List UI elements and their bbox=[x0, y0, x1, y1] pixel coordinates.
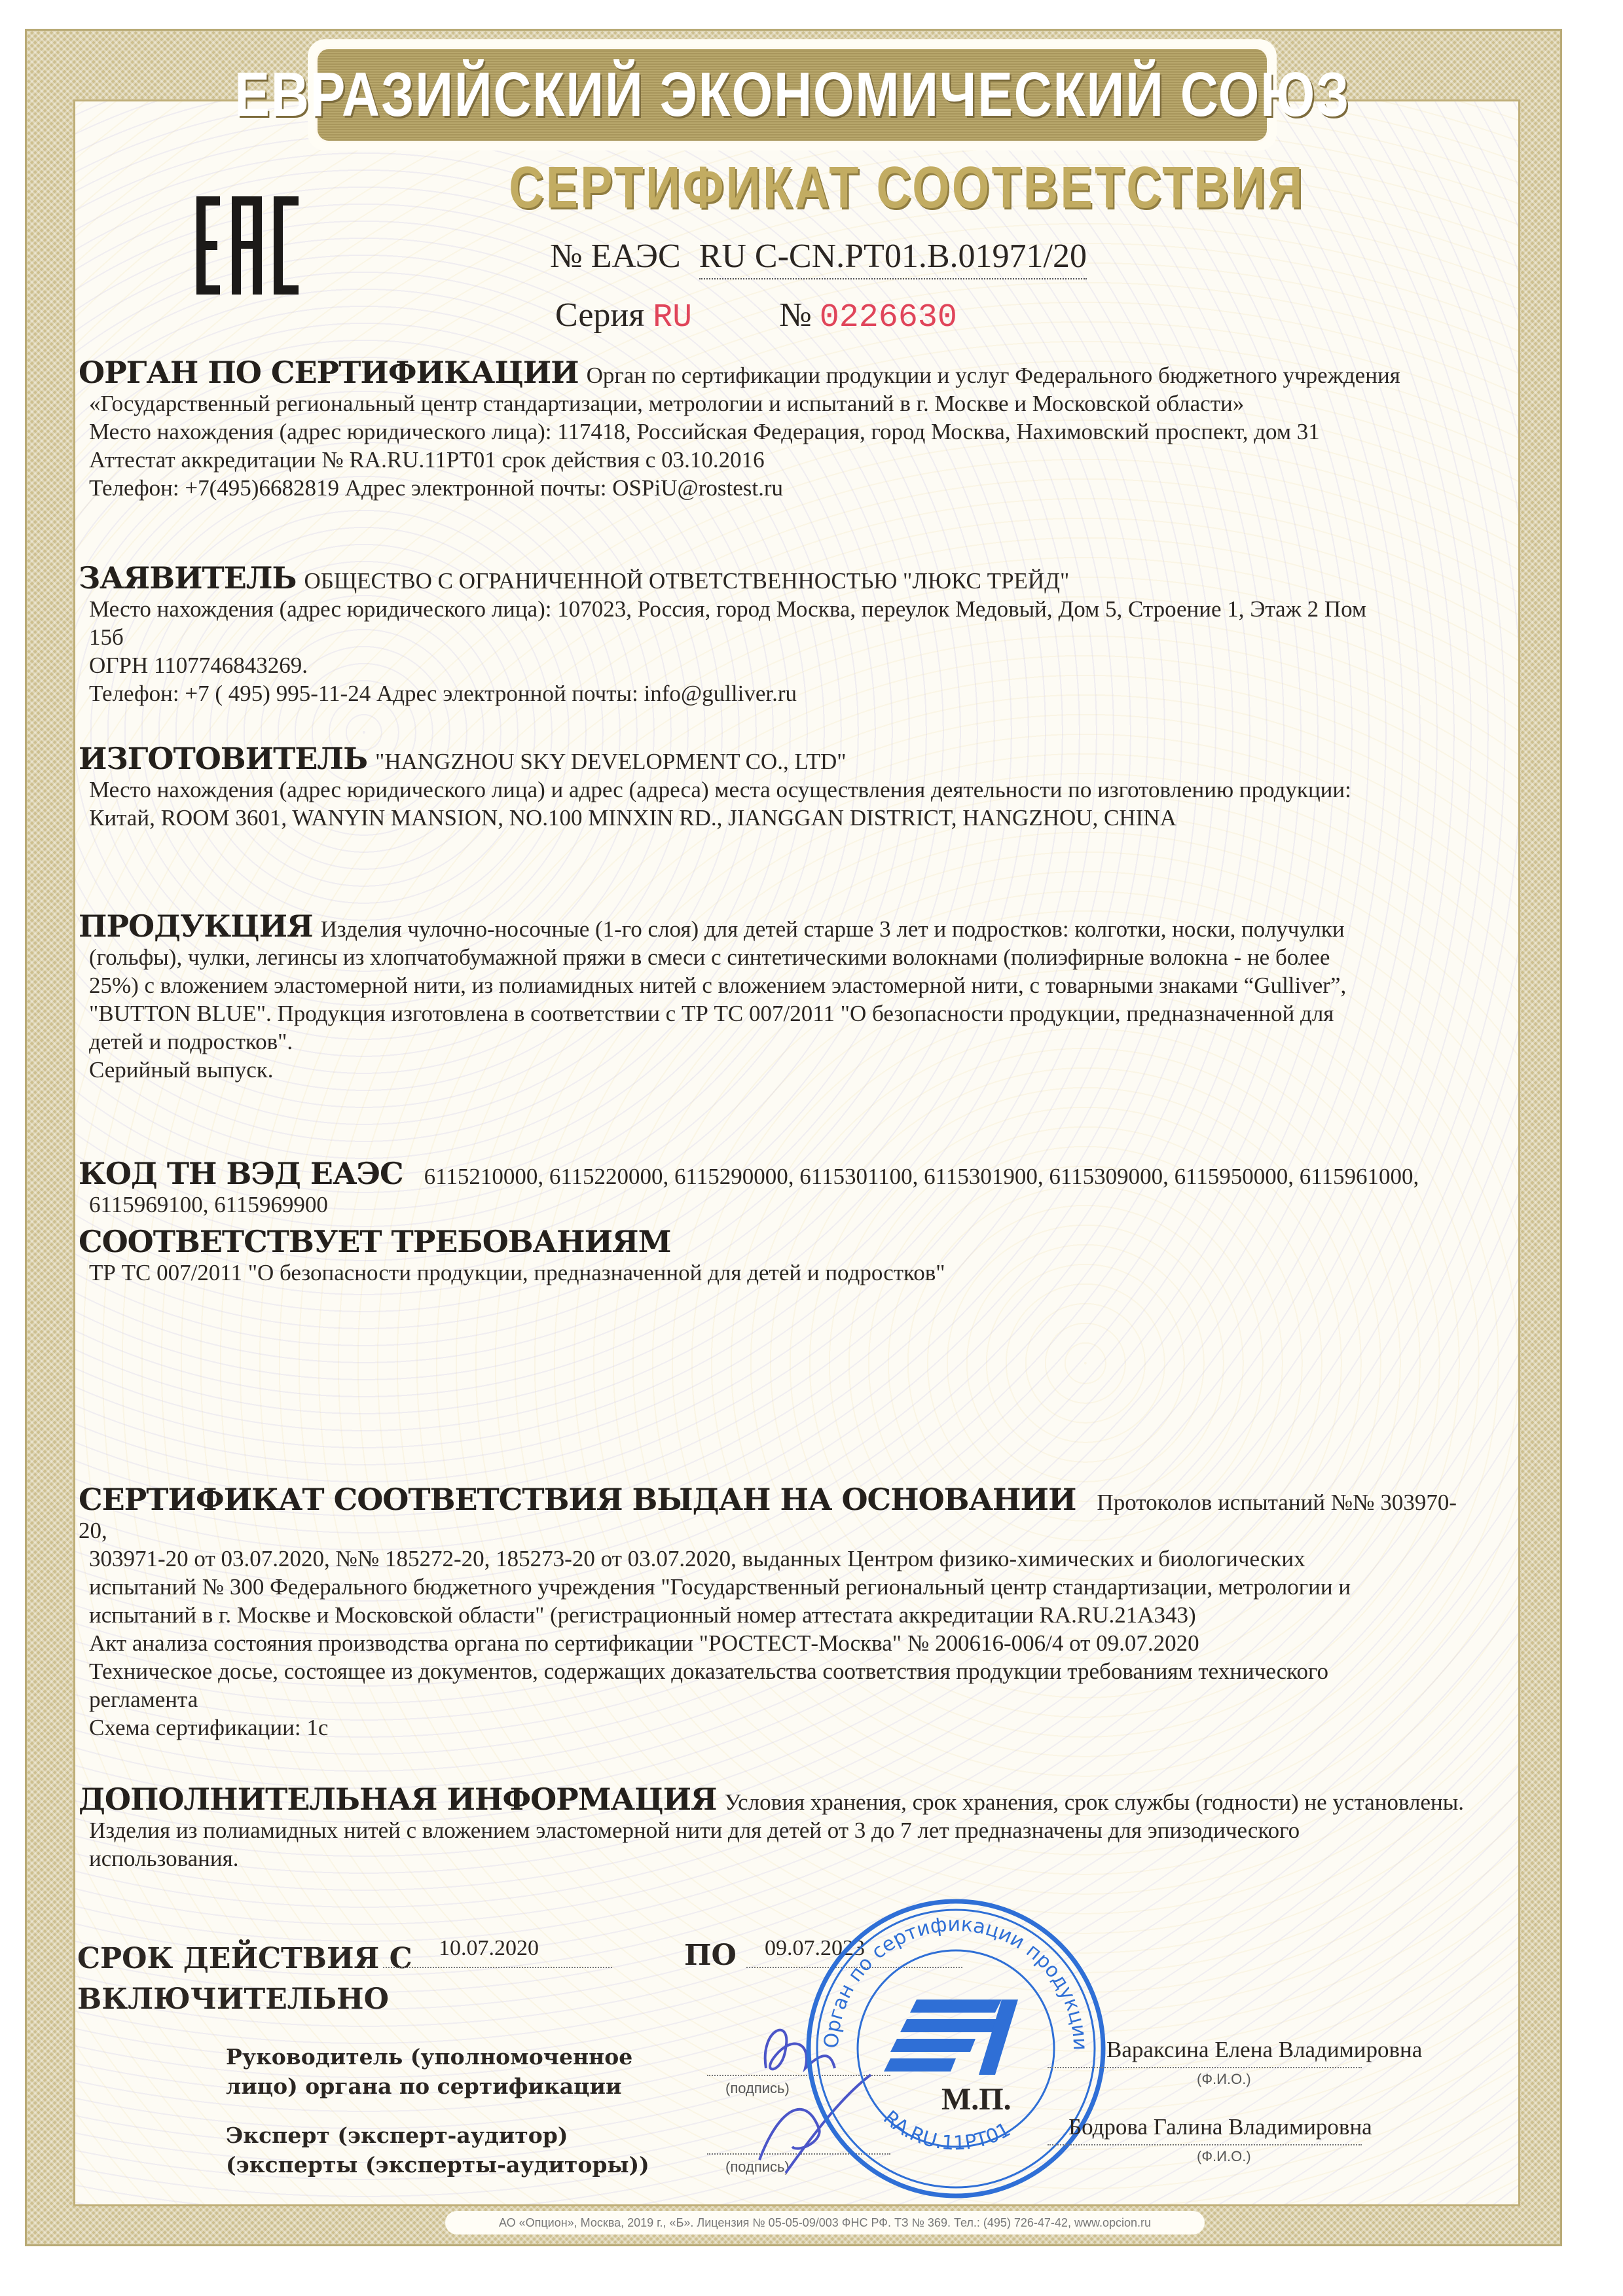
series-value: RU bbox=[653, 299, 692, 336]
validity-from-date: 10.07.2020 bbox=[439, 1936, 539, 1961]
issuance-basis-heading: СЕРТИФИКАТ СООТВЕТСТВИЯ ВЫДАН НА ОСНОВАН… bbox=[79, 1482, 1076, 1517]
seal-label: М.П. bbox=[941, 2081, 1012, 2117]
validity-inclusive-label: ВКЛЮЧИТЕЛЬНО bbox=[77, 1979, 412, 2020]
certification-body-section: ОРГАН ПО СЕРТИФИКАЦИИОрган по сертификац… bbox=[79, 359, 1473, 502]
applicant-heading: ЗАЯВИТЕЛЬ bbox=[79, 560, 296, 596]
union-name: ЕВРАЗИЙСКИЙ ЭКОНОМИЧЕСКИЙ СОЮЗ bbox=[234, 59, 1350, 131]
certificate-number-value: RU C-CN.PT01.B.01971/20 bbox=[699, 237, 1087, 279]
manufacturer-heading: ИЗГОТОВИТЕЛЬ bbox=[79, 741, 367, 776]
eac-logo-icon bbox=[196, 196, 301, 295]
validity-block: СРОК ДЕЙСТВИЯ С ВКЛЮЧИТЕЛЬНО bbox=[77, 1939, 412, 2020]
additional-info-heading: ДОПОЛНИТЕЛЬНАЯ ИНФОРМАЦИЯ bbox=[79, 1782, 717, 1817]
form-number-label: № bbox=[779, 296, 812, 334]
additional-info-section: ДОПОЛНИТЕЛЬНАЯ ИНФОРМАЦИЯУсловия хранени… bbox=[79, 1785, 1473, 1873]
expert-name-line bbox=[1048, 2144, 1362, 2145]
union-banner: ЕВРАЗИЙСКИЙ ЭКОНОМИЧЕСКИЙ СОЮЗ bbox=[308, 39, 1277, 151]
validity-from-line bbox=[383, 1967, 612, 1968]
head-fio-caption: (Ф.И.О.) bbox=[1197, 2071, 1251, 2088]
requirements-section: СООТВЕТСТВУЕТ ТРЕБОВАНИЯМ ТР ТС 007/2011… bbox=[79, 1228, 1473, 1287]
applicant-section: ЗАЯВИТЕЛЬОБЩЕСТВО С ОГРАНИЧЕННОЙ ОТВЕТСТ… bbox=[79, 564, 1473, 708]
head-signatory-label: Руководитель (уполномоченное лицо) орган… bbox=[226, 2042, 632, 2101]
document-title: СЕРТИФИКАТ СООТВЕТСТВИЯ bbox=[509, 154, 1089, 222]
validity-from-label: СРОК ДЕЙСТВИЯ С bbox=[77, 1939, 412, 1979]
series-label: Серия bbox=[555, 296, 644, 334]
series-line: Серия RU №0226630 bbox=[555, 296, 957, 336]
issuance-basis-section: СЕРТИФИКАТ СООТВЕТСТВИЯ ВЫДАН НА ОСНОВАН… bbox=[79, 1486, 1473, 1742]
head-name-line bbox=[1048, 2067, 1362, 2068]
certificate-number: № ЕАЭСRU C-CN.PT01.B.01971/20 bbox=[550, 237, 1087, 279]
form-number-value: 0226630 bbox=[820, 299, 957, 336]
hs-codes-section: КОД ТН ВЭД ЕАЭС6115210000, 6115220000, 6… bbox=[79, 1160, 1473, 1219]
hs-codes-heading: КОД ТН ВЭД ЕАЭС bbox=[79, 1156, 403, 1191]
expert-name: Бодрова Галина Владимировна bbox=[1068, 2114, 1372, 2140]
official-seal-icon: Орган по сертификации продукции ФБУ «Рос… bbox=[759, 1885, 1152, 2199]
printer-imprint-text: АО «Опцион», Москва, 2019 г., «Б». Лицен… bbox=[499, 2216, 1151, 2230]
certification-body-heading: ОРГАН ПО СЕРТИФИКАЦИИ bbox=[79, 355, 579, 390]
expert-signatory-label: Эксперт (эксперт-аудитор) (эксперты (экс… bbox=[226, 2121, 649, 2179]
manufacturer-section: ИЗГОТОВИТЕЛЬ"HANGZHOU SKY DEVELOPMENT CO… bbox=[79, 745, 1473, 832]
head-signatory-name: Вараксина Елена Владимировна bbox=[1106, 2037, 1422, 2063]
certificate-number-label: № ЕАЭС bbox=[550, 238, 681, 275]
validity-to-label: ПО bbox=[684, 1939, 737, 1972]
expert-fio-caption: (Ф.И.О.) bbox=[1197, 2148, 1251, 2165]
requirements-heading: СООТВЕТСТВУЕТ ТРЕБОВАНИЯМ bbox=[79, 1224, 671, 1259]
printer-imprint: АО «Опцион», Москва, 2019 г., «Б». Лицен… bbox=[445, 2211, 1205, 2234]
product-section: ПРОДУКЦИЯИзделия чулочно-носочные (1-го … bbox=[79, 912, 1473, 1084]
product-heading: ПРОДУКЦИЯ bbox=[79, 908, 313, 944]
